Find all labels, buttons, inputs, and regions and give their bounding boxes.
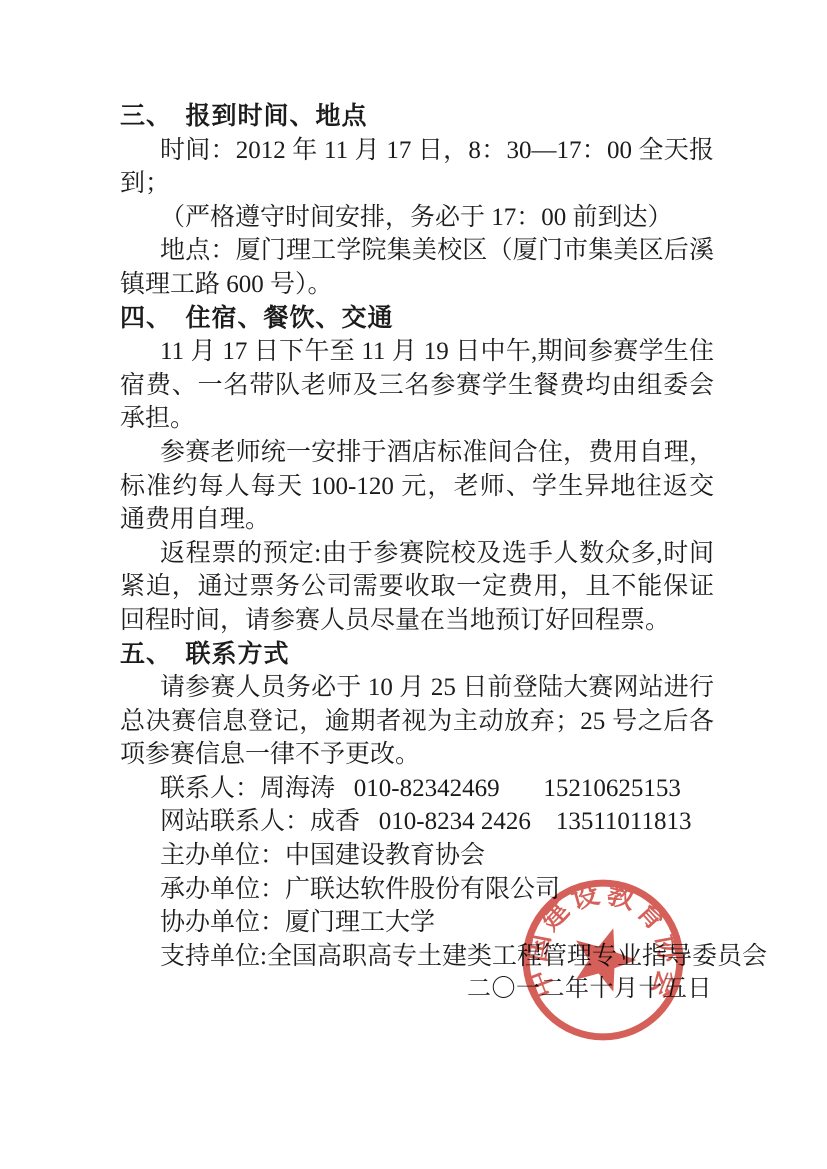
document-date: 二〇一二年十月十五日 [120,973,714,1007]
website-registration-paragraph: 请参赛人员务必于 10 月 25 日前登陆大赛网站进行总决赛信息登记，逾期者视为… [120,671,714,772]
supporting-organization-line: 支持单位:全国高职高专土建类工程管理专业指导委员会 [120,940,714,974]
section-3-heading: 三、 报到时间、地点 [120,100,714,134]
document-body: 三、 报到时间、地点 时间：2012 年 11 月 17 日，8：30—17：0… [120,100,714,1007]
registration-place-paragraph: 地点：厦门理工学院集美校区（厦门市集美区后溪镇理工路 600 号）。 [120,234,714,301]
registration-time-paragraph: 时间：2012 年 11 月 17 日，8：30—17：00 全天报到； [120,134,714,201]
contact-person-line: 联系人：周海涛 010-82342469 15210625153 [120,772,714,806]
co-organizer-line: 协办单位：厦门理工大学 [120,906,714,940]
accommodation-paragraph-2: 参赛老师统一安排于酒店标准间合住，费用自理，标准约每人每天 100-120 元，… [120,436,714,537]
registration-note-paragraph: （严格遵守时间安排，务必于 17：00 前到达） [120,201,714,235]
website-contact-line: 网站联系人：成香 010-8234 2426 13511011813 [120,805,714,839]
document-page: 三、 报到时间、地点 时间：2012 年 11 月 17 日，8：30—17：0… [0,0,827,1169]
accommodation-paragraph-1: 11 月 17 日下午至 11 月 19 日中午,期间参赛学生住宿费、一名带队老… [120,335,714,436]
section-5-heading: 五、 联系方式 [120,638,714,672]
undertaking-organization-line: 承办单位：广联达软件股份有限公司 [120,873,714,907]
host-organization-line: 主办单位：中国建设教育协会 [120,839,714,873]
return-ticket-paragraph: 返程票的预定:由于参赛院校及选手人数众多,时间紧迫，通过票务公司需要收取一定费用… [120,537,714,638]
section-4-heading: 四、 住宿、餐饮、交通 [120,302,714,336]
